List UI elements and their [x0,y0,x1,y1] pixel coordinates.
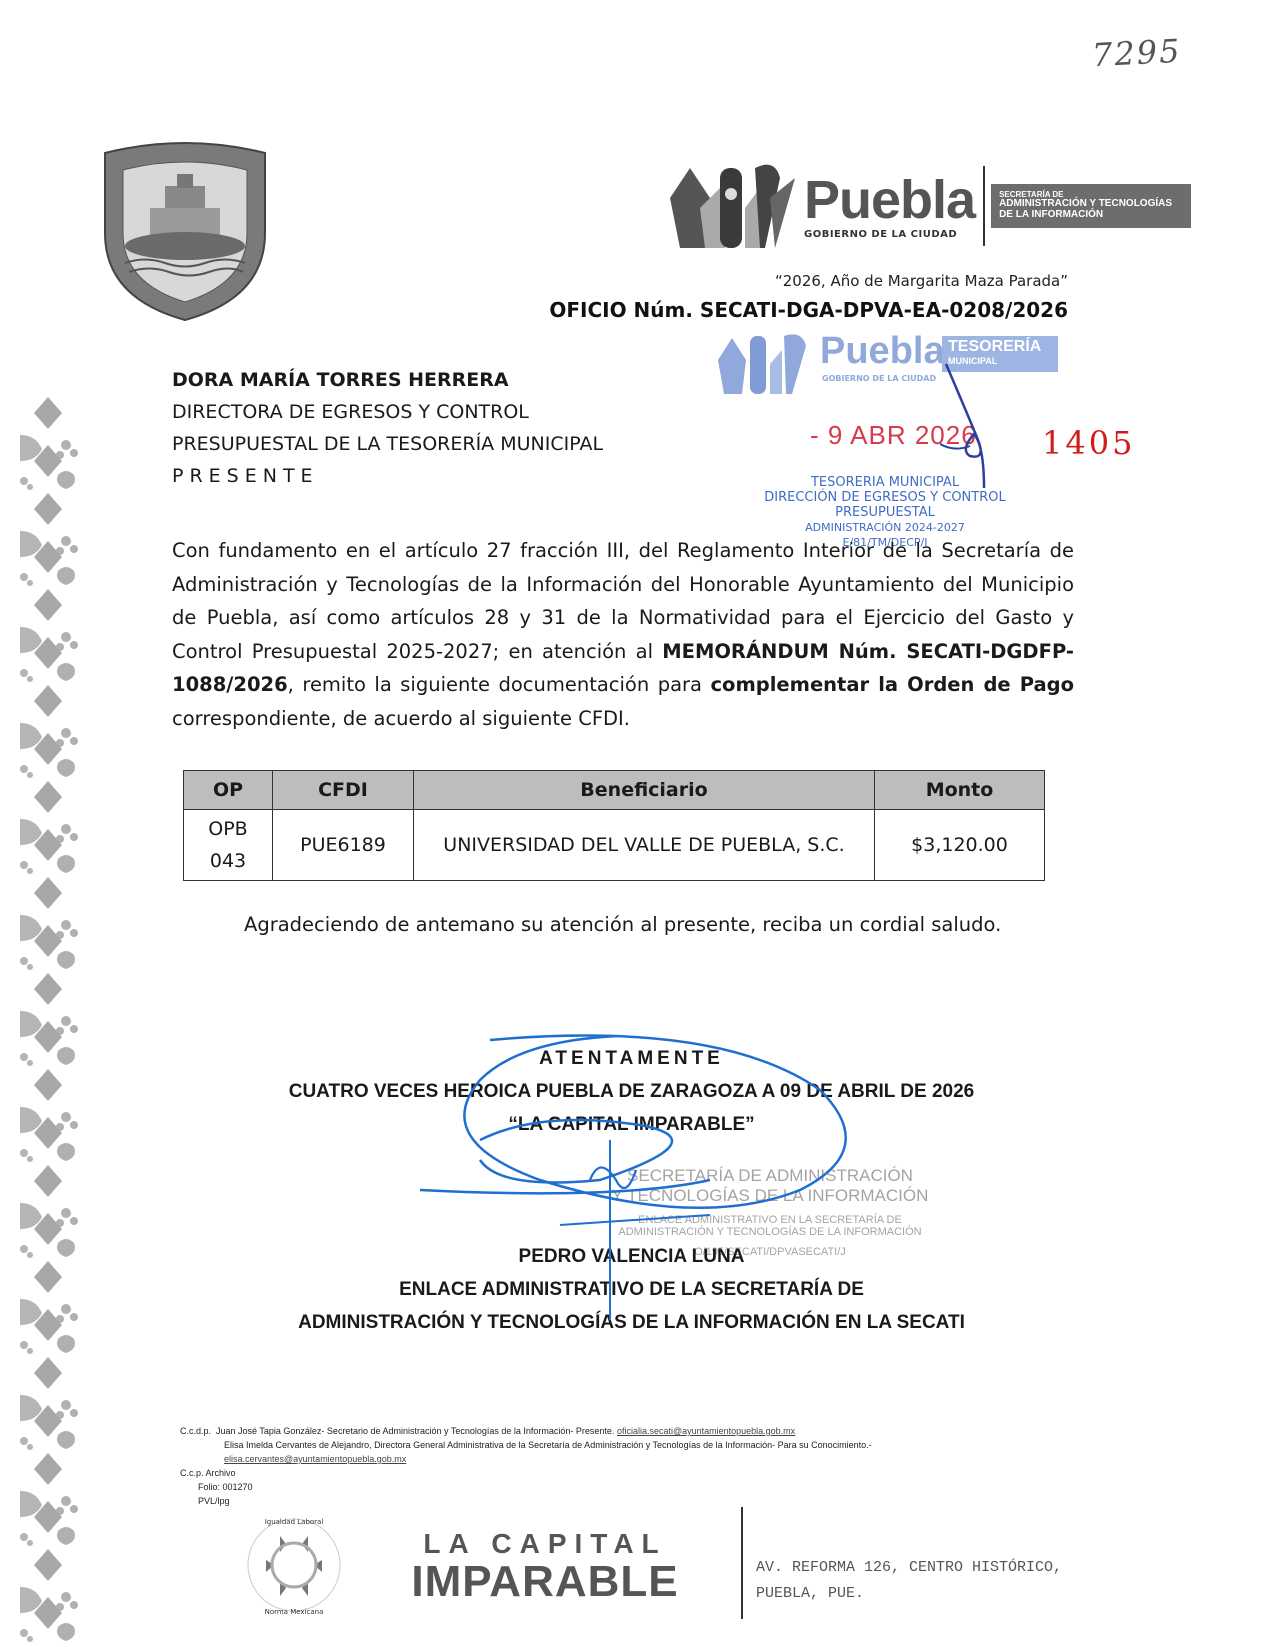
equality-norm-emblem-icon: Igualdad Laboral Norma Mexicana [244,1510,344,1620]
svg-text:Norma Mexicana: Norma Mexicana [265,1608,324,1616]
body-text-part3: correspondiente, de acuerdo al siguiente… [172,707,630,730]
la-capital-imparable-logo: LA CAPITAL IMPARABLE [400,1528,690,1604]
column-header-beneficiario: Beneficiario [414,771,875,810]
ccp-initials: PVL/lpg [180,1494,872,1508]
logo-title: Puebla [804,173,975,227]
year-motto: “2026, Año de Margarita Maza Parada” [0,272,1068,290]
column-header-op: OP [184,771,273,810]
initial-mark-icon [940,360,1000,490]
ccp-label: C.c.d.p. [180,1426,211,1436]
recipient-name: DORA MARÍA TORRES HERRERA [172,364,603,396]
closing-paragraph: Agradeciendo de antemano su atención al … [172,908,1074,942]
stamp-line2: DIRECCIÓN DE EGRESOS Y CONTROL [735,490,1035,505]
recipient-block: DORA MARÍA TORRES HERRERA DIRECTORA DE E… [172,364,603,492]
cell-monto: $3,120.00 [875,810,1045,881]
ccp-email2-link[interactable]: elisa.cervantes@ayuntamientopuebla.gob.m… [224,1454,406,1464]
ccp-folio: Folio: 001270 [180,1480,872,1494]
handwritten-signature-icon [420,1030,900,1320]
tesoreria-stamp-logo: Puebla GOBIERNO DE LA CIUDAD TESORERÍA M… [710,330,1060,400]
stamp-folio-number: 1405 [1042,424,1135,462]
carbon-copy-block: C.c.d.p. Juan José Tapia González- Secre… [180,1424,872,1508]
ccp-archivo: C.c.p. Archivo [180,1466,872,1480]
presente-label: PRESENTE [172,460,603,492]
puebla-government-logo: Puebla GOBIERNO DE LA CIUDAD SECRETARÍA … [660,158,1200,254]
body-paragraph: Con fundamento en el artículo 27 fracció… [172,534,1074,735]
oficio-number: OFICIO Núm. SECATI-DGA-DPVA-EA-0208/2026 [0,298,1068,322]
cell-op-line2: 043 [185,845,271,877]
capital-bottom-text: IMPARABLE [400,1560,690,1604]
table-row: OPB043 PUE6189 UNIVERSIDAD DEL VALLE DE … [184,810,1045,881]
stamp-logo-title: Puebla [820,332,945,370]
stamp-box-line1: TESORERÍA [948,338,1052,356]
stamp-logo-subtitle: GOBIERNO DE LA CIUDAD [822,374,936,383]
cell-beneficiario: UNIVERSIDAD DEL VALLE DE PUEBLA, S.C. [414,810,875,881]
recipient-title-line1: DIRECTORA DE EGRESOS Y CONTROL [172,396,603,428]
cfdi-table: OP CFDI Beneficiario Monto OPB043 PUE618… [183,770,1045,881]
stamp-line4: ADMINISTRACIÓN 2024-2027 [735,520,1035,535]
handwritten-reference-number: 7295 [1091,32,1182,75]
logo-divider [983,166,985,246]
ccp-email1-link[interactable]: oficialia.secati@ayuntamientopuebla.gob.… [617,1426,795,1436]
address-line2: PUEBLA, PUE. [756,1581,1062,1607]
svg-text:Igualdad Laboral: Igualdad Laboral [265,1518,324,1526]
address-line1: AV. REFORMA 126, CENTRO HISTÓRICO, [756,1555,1062,1581]
ccp-line2: Elisa Imelda Cervantes de Alejandro, Dir… [180,1438,872,1452]
footer-address: AV. REFORMA 126, CENTRO HISTÓRICO, PUEBL… [756,1555,1062,1607]
complement-order-phrase: complementar la Orden de Pago [710,673,1074,696]
cell-op-line1: OPB [185,813,271,845]
cell-op: OPB043 [184,810,273,881]
city-coat-of-arms-icon [95,138,275,323]
puebla-logo-art-icon [660,158,800,254]
stamp-line3: PRESUPUESTAL [735,505,1035,520]
column-header-cfdi: CFDI [273,771,414,810]
secretaria-line2: DE LA INFORMACIÓN [999,210,1183,221]
footer-divider [741,1507,743,1619]
decorative-border-pattern [18,395,78,1645]
cell-cfdi: PUE6189 [273,810,414,881]
column-header-monto: Monto [875,771,1045,810]
capital-top-text: LA CAPITAL [400,1528,690,1560]
stamp-logo-art-icon [710,330,820,396]
ccp-line1: Juan José Tapia González- Secretario de … [216,1426,614,1436]
table-header-row: OP CFDI Beneficiario Monto [184,771,1045,810]
recipient-title-line2: PRESUPUESTAL DE LA TESORERÍA MUNICIPAL [172,428,603,460]
secretaria-line1: ADMINISTRACIÓN Y TECNOLOGÍAS [999,199,1183,210]
secretaria-badge: SECRETARÍA DE ADMINISTRACIÓN Y TECNOLOGÍ… [991,184,1191,228]
logo-subtitle: GOBIERNO DE LA CIUDAD [804,229,957,240]
body-text-part2: , remito la siguiente documentación para [288,673,711,696]
